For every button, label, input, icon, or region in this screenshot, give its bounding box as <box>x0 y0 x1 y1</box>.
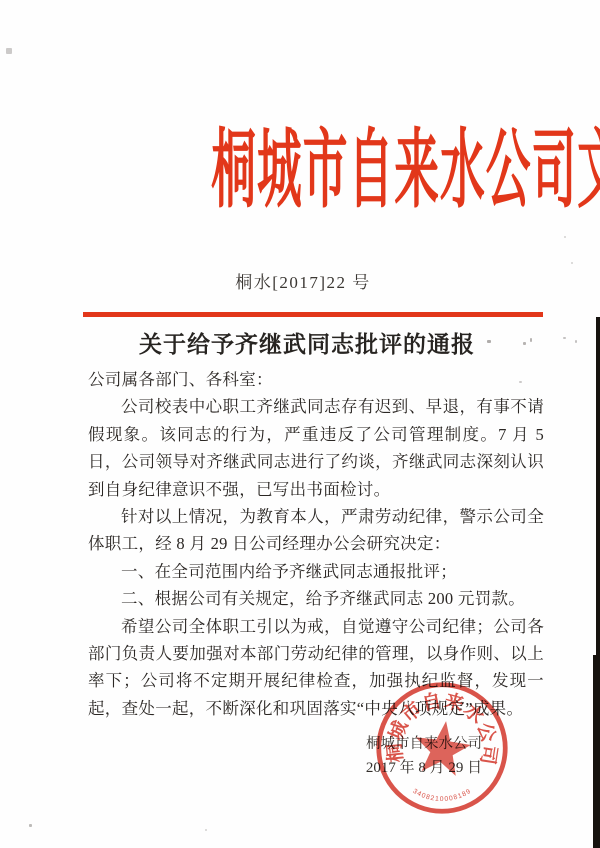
scan-artifact <box>29 824 32 827</box>
scan-artifact <box>530 338 532 342</box>
scan-artifact <box>205 829 207 831</box>
company-seal: 桐城市自来水公司 3408210008189 <box>374 680 510 816</box>
doc-number-row: 桐水[2017]22 号 <box>0 268 600 293</box>
page-title: 关于给予齐继武同志批评的通报 <box>139 332 475 357</box>
scan-artifact <box>6 48 12 54</box>
scan-artifact <box>540 412 542 414</box>
seal-code: 3408210008189 <box>412 788 473 803</box>
scan-artifact <box>563 337 566 339</box>
scan-artifact <box>564 236 566 238</box>
letterhead-title: 桐城市自来水公司文件 <box>211 122 600 218</box>
paragraph: 针对以上情况，为教育本人，严肃劳动纪律，警示公司全体职工，经 8 月 29 日公… <box>88 503 544 558</box>
doc-number: 桐水[2017]22 号 <box>235 273 371 292</box>
letterhead: 桐城市自来水公司文件 <box>0 122 600 218</box>
seal-code-holder: 3408210008189 <box>412 788 473 803</box>
salutation: 公司属各部门、各科室： <box>88 366 544 393</box>
scan-artifact <box>523 342 526 345</box>
document-body: 公司属各部门、各科室： 公司校表中心职工齐继武同志存有迟到、早退，有事不请假现象… <box>88 366 544 722</box>
scan-artifact <box>575 340 577 343</box>
paragraph: 一、在全司范围内给予齐继武同志通报批评； <box>88 558 544 585</box>
scan-artifact <box>519 381 522 383</box>
paragraph: 二、根据公司有关规定，给予齐继武同志 200 元罚款。 <box>88 585 544 612</box>
scan-artifact <box>487 340 491 343</box>
scan-edge-shadow <box>593 655 600 848</box>
scanned-official-document: 桐城市自来水公司文件 桐水[2017]22 号 关于给予齐继武同志批评的通报 公… <box>0 0 600 848</box>
paragraph: 公司校表中心职工齐继武同志存有迟到、早退，有事不请假现象。该同志的行为，严重违反… <box>88 393 544 503</box>
red-separator-line <box>83 312 543 317</box>
star-icon <box>411 717 473 777</box>
doc-title-row: 关于给予齐继武同志批评的通报 <box>0 326 600 359</box>
scan-artifact <box>571 262 573 264</box>
